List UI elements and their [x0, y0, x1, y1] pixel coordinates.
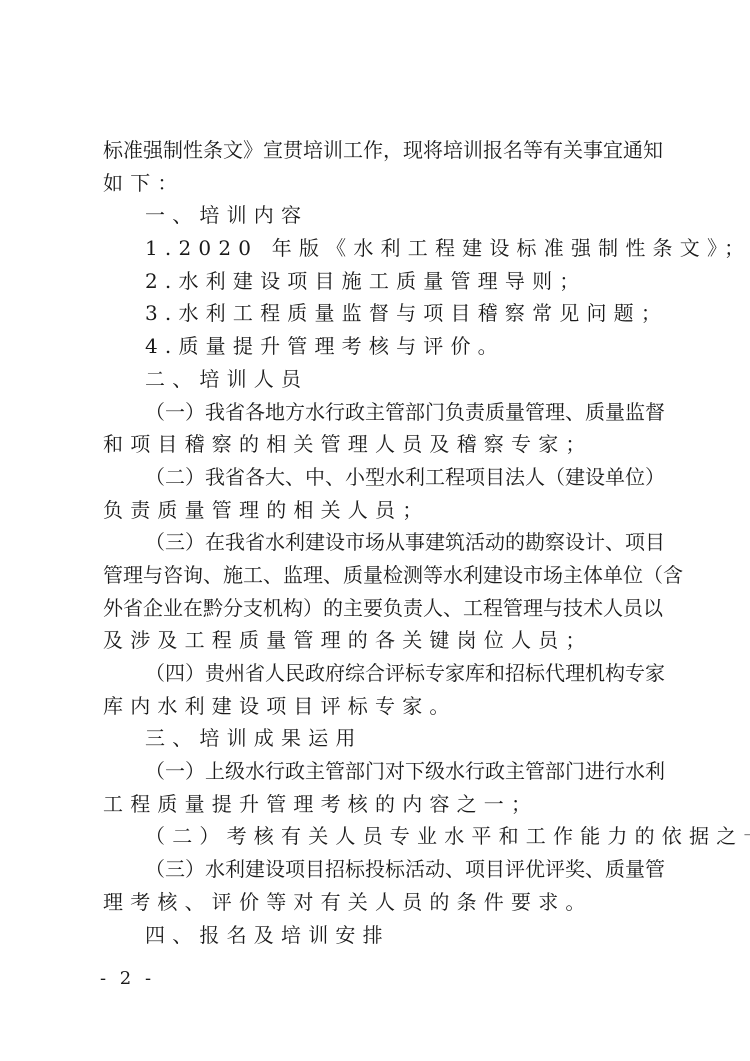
paragraph-line: 理考核、评价等对有关人员的条件要求。 — [103, 886, 653, 919]
section-heading: 二、培训人员 — [103, 363, 653, 396]
document-body: 标准强制性条文》宣贯培训工作，现将培训报名等有关事宜通知 如下： 一、培训内容 … — [103, 134, 653, 951]
list-item: 3.水利工程质量监督与项目稽察常见问题； — [103, 297, 653, 330]
paragraph-line: （三）在我省水利建设市场从事建筑活动的勘察设计、项目 — [103, 526, 653, 559]
paragraph-line: 管理与咨询、施工、监理、质量检测等水利建设市场主体单位（含 — [103, 559, 653, 592]
page-number: - 2 - — [100, 968, 155, 989]
list-item: 2.水利建设项目施工质量管理导则； — [103, 265, 653, 298]
document-page: 标准强制性条文》宣贯培训工作，现将培训报名等有关事宜通知 如下： 一、培训内容 … — [0, 0, 750, 1061]
paragraph-line: 和项目稽察的相关管理人员及稽察专家； — [103, 428, 653, 461]
paragraph-line: （一）我省各地方水行政主管部门负责质量管理、质量监督 — [103, 396, 653, 429]
section-heading: 四、报名及培训安排 — [103, 919, 653, 952]
paragraph-line: 如下： — [103, 167, 653, 200]
paragraph-line: 及涉及工程质量管理的各关键岗位人员； — [103, 624, 653, 657]
paragraph-line: 库内水利建设项目评标专家。 — [103, 690, 653, 723]
section-heading: 三、培训成果运用 — [103, 722, 653, 755]
list-item: 4.质量提升管理考核与评价。 — [103, 330, 653, 363]
paragraph-line: （二）我省各大、中、小型水利工程项目法人（建设单位） — [103, 461, 653, 494]
paragraph-line: 工程质量提升管理考核的内容之一； — [103, 788, 653, 821]
paragraph-line: 负责质量管理的相关人员； — [103, 494, 653, 527]
paragraph-line: （三）水利建设项目招标投标活动、项目评优评奖、质量管 — [103, 853, 653, 886]
paragraph-line: 外省企业在黔分支机构）的主要负责人、工程管理与技术人员以 — [103, 592, 653, 625]
paragraph-line: 标准强制性条文》宣贯培训工作，现将培训报名等有关事宜通知 — [103, 134, 653, 167]
section-heading: 一、培训内容 — [103, 199, 653, 232]
list-item: 1.2020 年版《水利工程建设标准强制性条文》； — [103, 232, 653, 265]
paragraph-line: （二）考核有关人员专业水平和工作能力的依据之一； — [103, 820, 653, 853]
paragraph-line: （一）上级水行政主管部门对下级水行政主管部门进行水利 — [103, 755, 653, 788]
paragraph-line: （四）贵州省人民政府综合评标专家库和招标代理机构专家 — [103, 657, 653, 690]
